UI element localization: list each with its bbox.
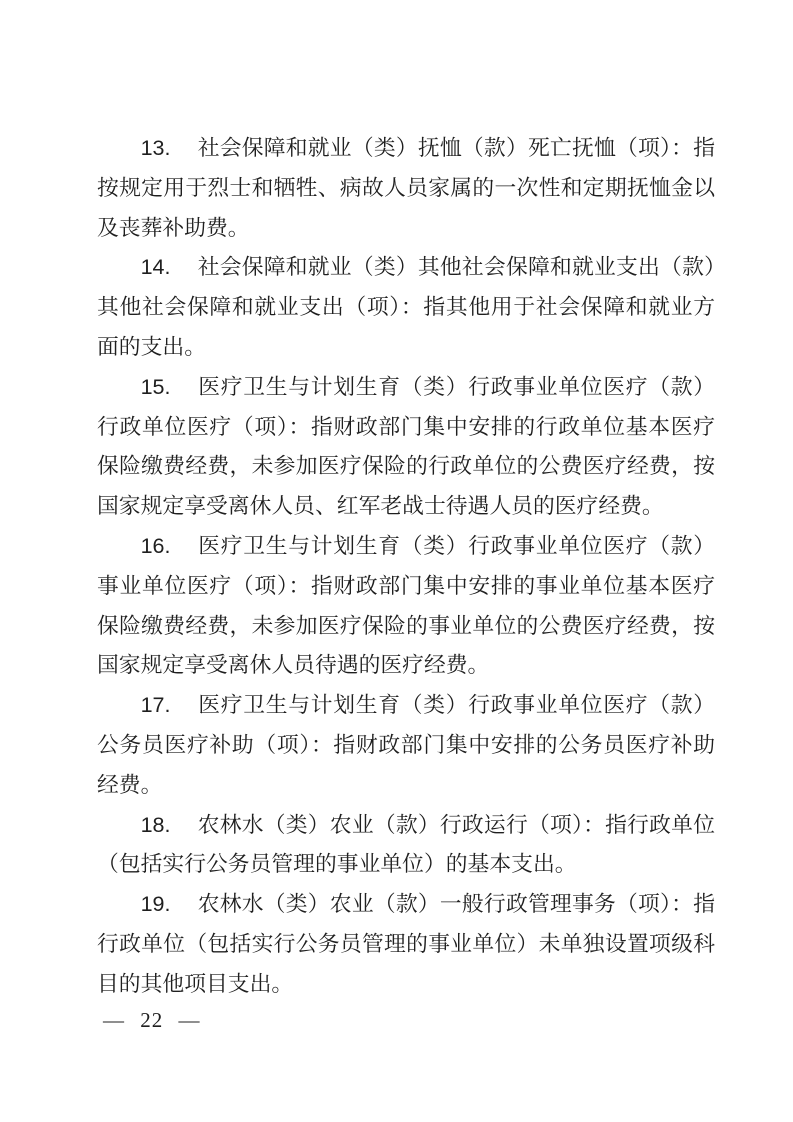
paragraph-text: 社会保障和就业（类）其他社会保障和就业支出（款）其他社会保障和就业支出（项）：指… bbox=[97, 255, 715, 359]
paragraph-number: 14. bbox=[141, 255, 171, 279]
paragraph-number: 18. bbox=[141, 813, 171, 837]
paragraph-item-16: 16.医疗卫生与计划生育（类）行政事业单位医疗（款）事业单位医疗（项）：指财政部… bbox=[97, 527, 715, 686]
paragraph-number: 16. bbox=[141, 534, 171, 558]
paragraph-item-19: 19.农林水（类）农业（款）一般行政管理事务（项）：指行政单位（包括实行公务员管… bbox=[97, 885, 715, 1004]
page-number: — 22 — bbox=[103, 1006, 201, 1034]
paragraph-item-15: 15.医疗卫生与计划生育（类）行政事业单位医疗（款）行政单位医疗（项）：指财政部… bbox=[97, 368, 715, 527]
paragraph-text: 农林水（类）农业（款）一般行政管理事务（项）：指行政单位（包括实行公务员管理的事… bbox=[97, 892, 715, 996]
paragraph-item-18: 18.农林水（类）农业（款）行政运行（项）：指行政单位（包括实行公务员管理的事业… bbox=[97, 806, 715, 886]
paragraph-item-17: 17.医疗卫生与计划生育（类）行政事业单位医疗（款）公务员医疗补助（项）：指财政… bbox=[97, 686, 715, 805]
paragraph-text: 医疗卫生与计划生育（类）行政事业单位医疗（款）行政单位医疗（项）：指财政部门集中… bbox=[97, 375, 715, 518]
paragraph-item-13: 13.社会保障和就业（类）抚恤（款）死亡抚恤（项）：指按规定用于烈士和牺牲、病故… bbox=[97, 129, 715, 248]
paragraph-number: 19. bbox=[141, 892, 171, 916]
paragraph-text: 社会保障和就业（类）抚恤（款）死亡抚恤（项）：指按规定用于烈士和牺牲、病故人员家… bbox=[97, 136, 715, 240]
paragraph-number: 17. bbox=[141, 693, 171, 717]
paragraph-item-14: 14.社会保障和就业（类）其他社会保障和就业支出（款）其他社会保障和就业支出（项… bbox=[97, 248, 715, 367]
document-page: 13.社会保障和就业（类）抚恤（款）死亡抚恤（项）：指按规定用于烈士和牺牲、病故… bbox=[0, 0, 793, 1122]
paragraph-text: 医疗卫生与计划生育（类）行政事业单位医疗（款）事业单位医疗（项）：指财政部门集中… bbox=[97, 534, 715, 677]
document-body: 13.社会保障和就业（类）抚恤（款）死亡抚恤（项）：指按规定用于烈士和牺牲、病故… bbox=[97, 129, 715, 1005]
paragraph-text: 医疗卫生与计划生育（类）行政事业单位医疗（款）公务员医疗补助（项）：指财政部门集… bbox=[97, 693, 715, 797]
paragraph-number: 13. bbox=[141, 136, 171, 160]
paragraph-number: 15. bbox=[141, 375, 171, 399]
paragraph-text: 农林水（类）农业（款）行政运行（项）：指行政单位（包括实行公务员管理的事业单位）… bbox=[97, 813, 715, 877]
